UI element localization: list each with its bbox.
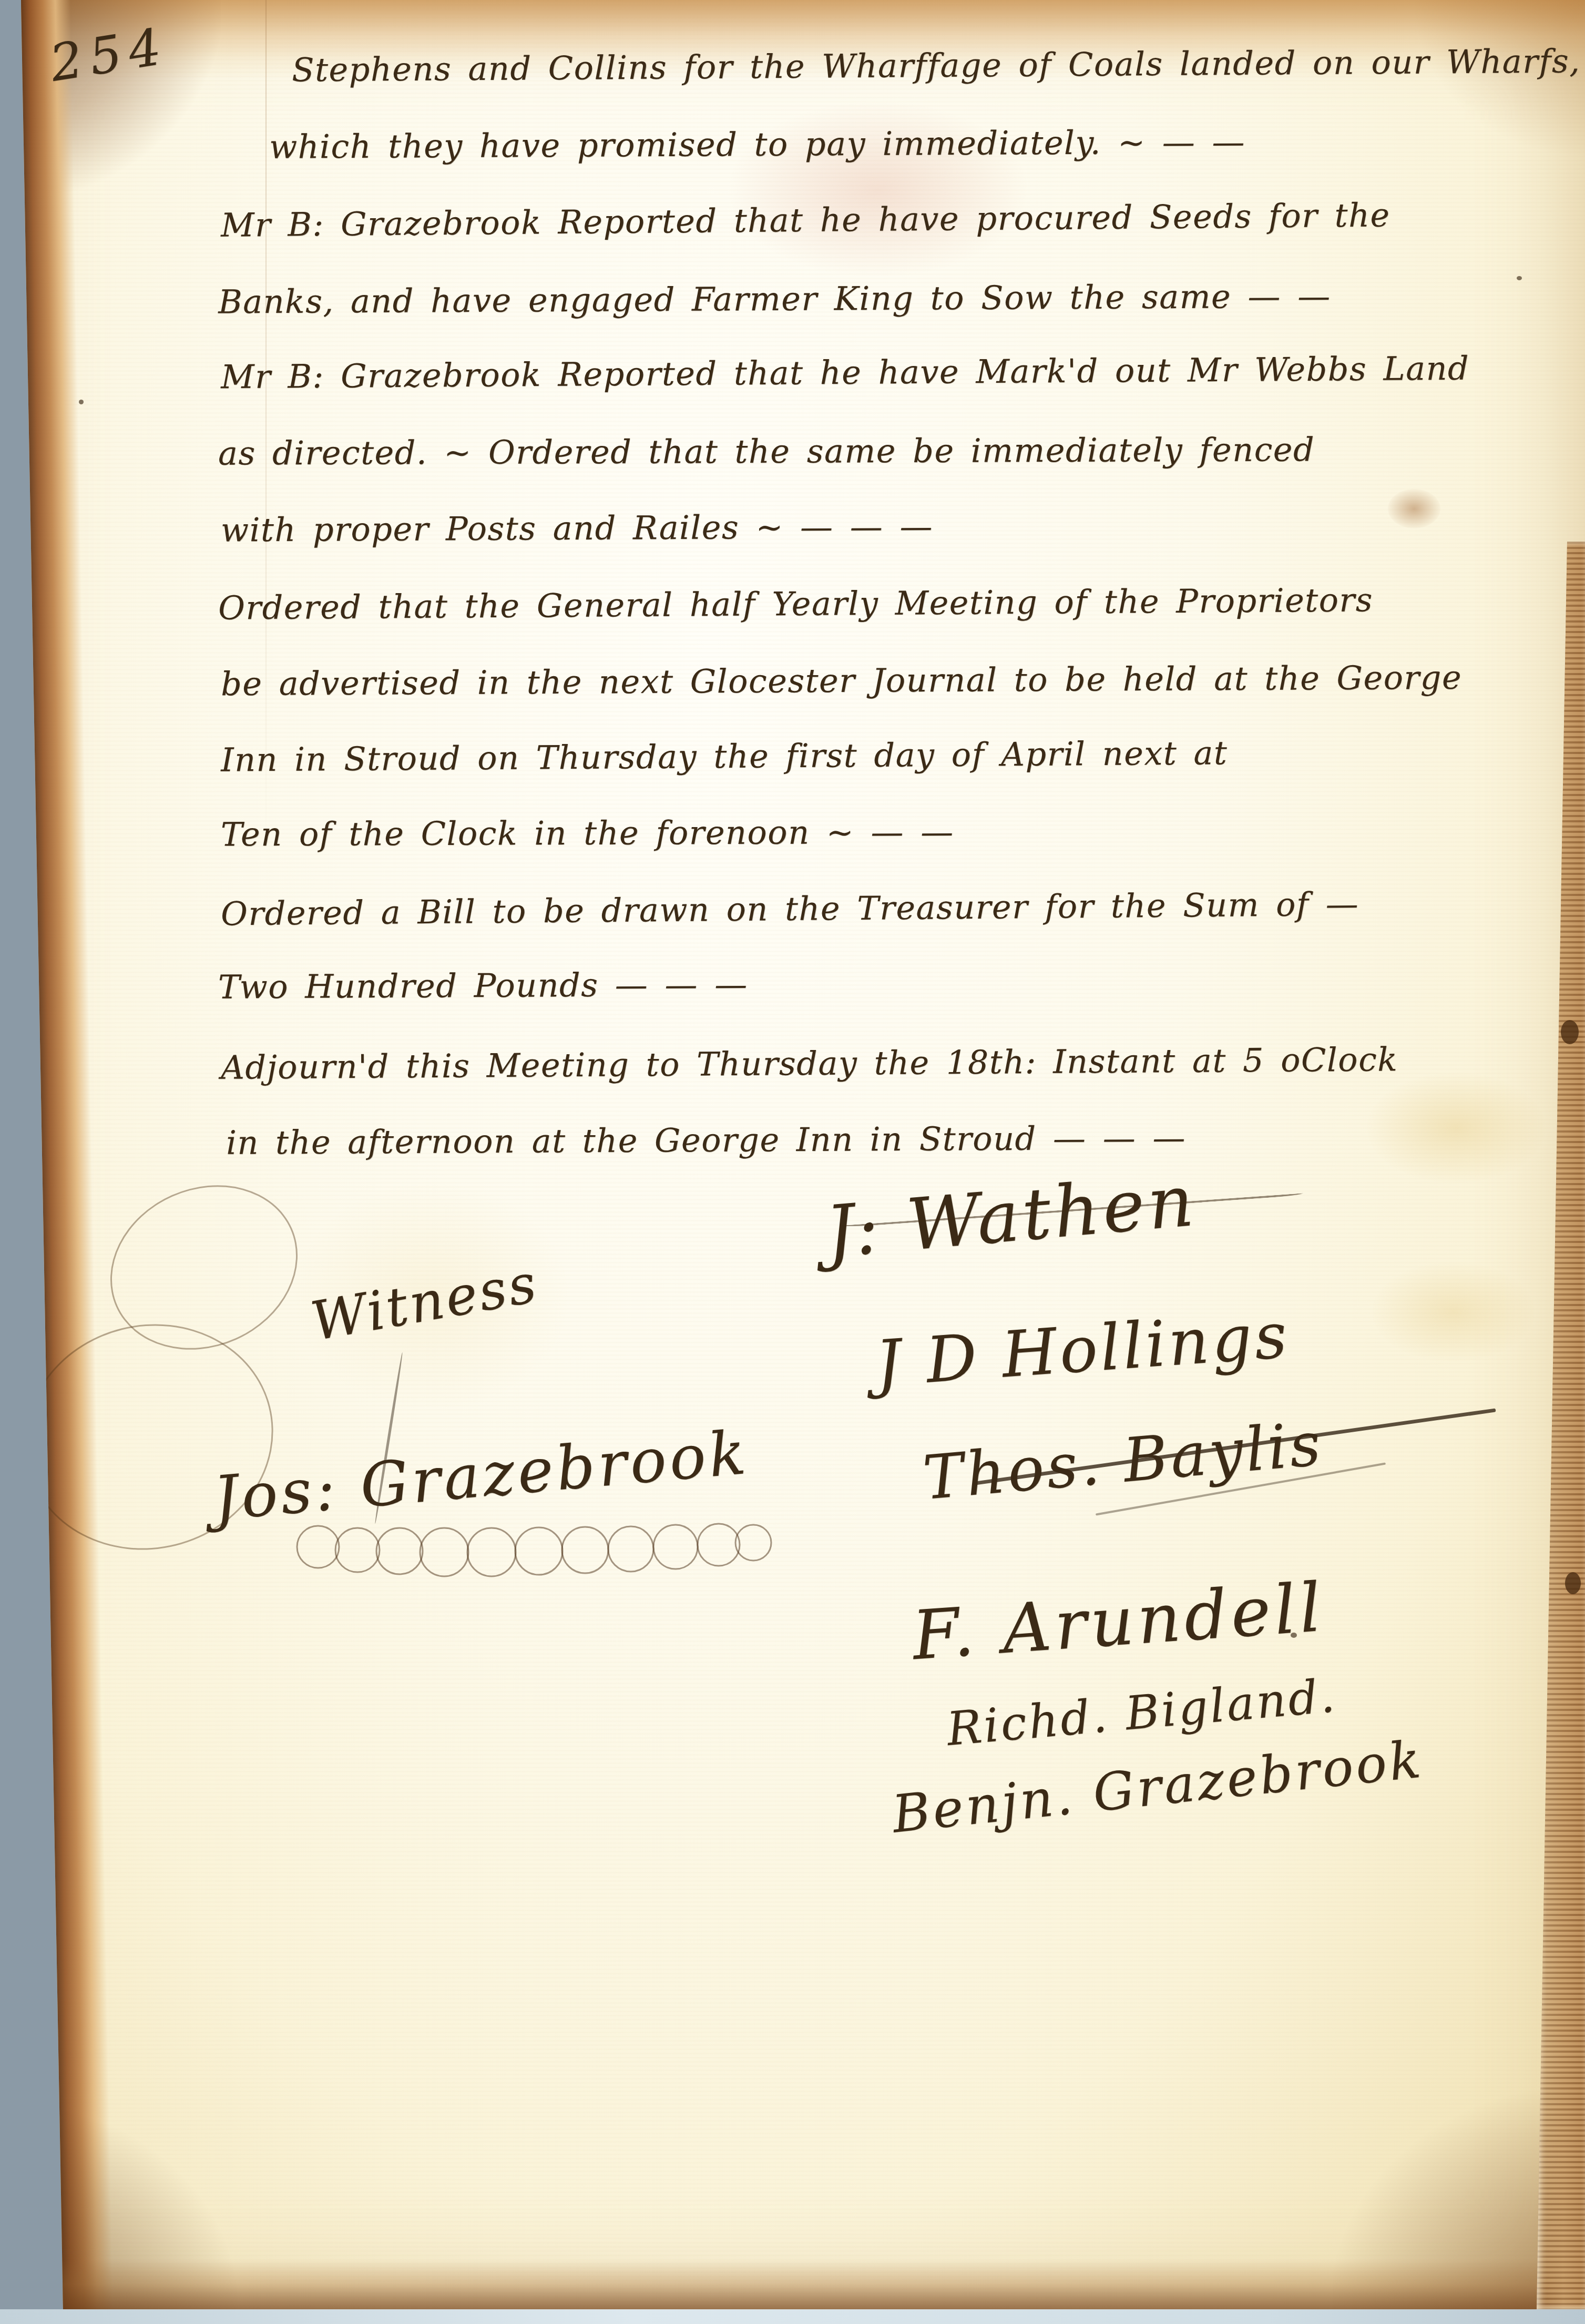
manuscript-line-10: Inn in Stroud on Thursday the first day … [221,733,1228,779]
fore-edge-knot [1561,1020,1579,1044]
manuscript-line-12: Ordered a Bill to be drawn on the Treasu… [221,885,1359,933]
witness-signature-loop-flourish [292,1514,775,1583]
scanner-background-strip [0,2309,1585,2324]
signature-hollings: J D Hollings [873,1299,1292,1401]
pen-flourish-loop [1,1298,298,1576]
signature-wathen: J: Wathen [823,1159,1200,1274]
manuscript-line-7: with proper Posts and Railes ~ — — — [221,507,933,549]
book-fore-edge [1537,542,1585,2309]
manuscript-line-3: Mr B: Grazebrook Reported that he have p… [221,196,1390,244]
manuscript-line-11: Ten of the Clock in the forenoon ~ — — [221,813,954,854]
paper-burned-corner-bottom-left [0,2099,242,2309]
signature-baylis: Thos. Baylis [921,1409,1326,1514]
rust-spot [1388,489,1440,528]
manuscript-page: 254 Stephens and Collins for the Wharffa… [0,0,1585,2309]
witness-label: Witness [306,1252,543,1353]
foxing-patch [1372,1262,1535,1362]
manuscript-line-13: Two Hundred Pounds — — — [218,965,748,1006]
paper-burned-left-edge [20,0,113,2309]
manuscript-line-15: in the afternoon at the George Inn in St… [226,1118,1186,1162]
ink-speck [1517,276,1522,280]
signature-bigland: Richd. Bigland. [945,1668,1339,1756]
foxing-patch [1367,1073,1546,1183]
signature-arundell: F. Arundell [910,1568,1327,1675]
ink-speck [79,400,84,404]
manuscript-line-4: Banks, and have engaged Farmer King to S… [218,277,1331,321]
manuscript-line-8: Ordered that the General half Yearly Mee… [218,580,1373,627]
manuscript-line-14: Adjourn'd this Meeting to Thursday the 1… [221,1040,1398,1087]
margin-rule-line [265,0,267,841]
manuscript-line-9: be advertised in the next Glocester Jour… [221,658,1462,703]
fore-edge-knot [1565,1572,1581,1594]
manuscript-line-2: which they have promised to pay immediat… [269,123,1245,166]
manuscript-line-6: as directed. ~ Ordered that the same be … [218,430,1315,472]
manuscript-line-5: Mr B: Grazebrook Reported that he have M… [221,349,1470,396]
